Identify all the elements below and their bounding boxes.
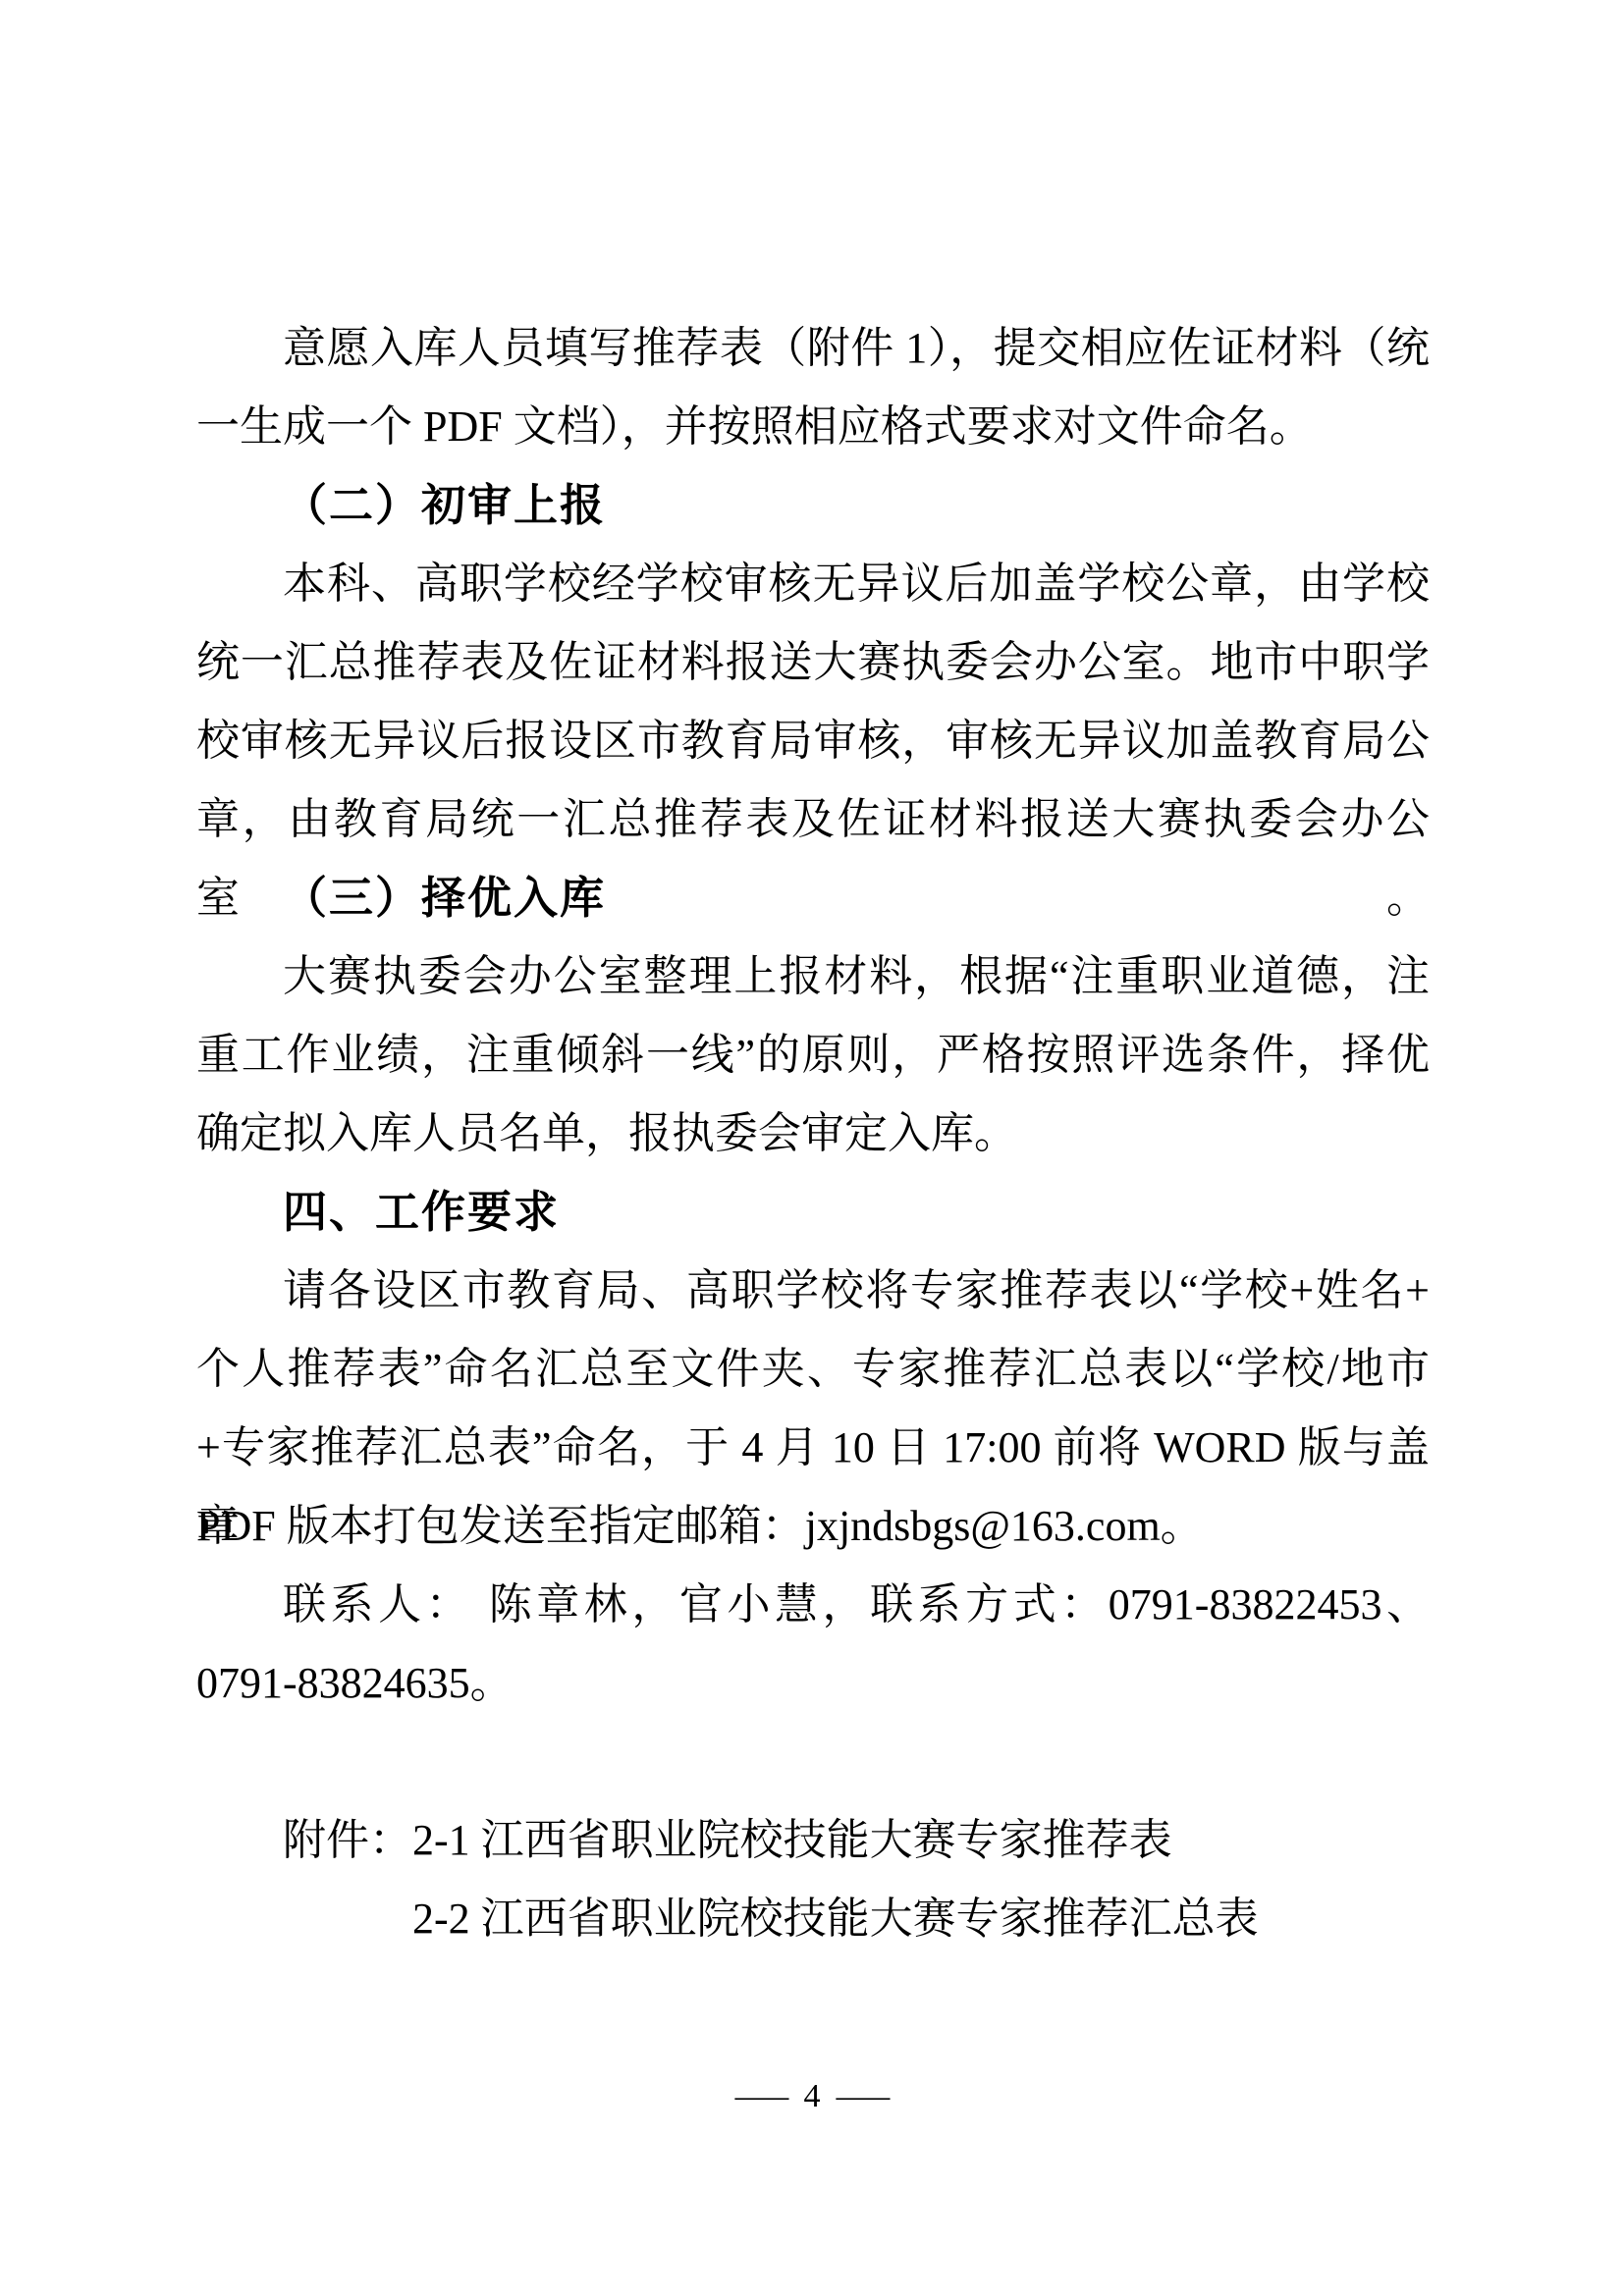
footer-dash-left: —	[734, 2067, 787, 2126]
text-line: 四、工作要求	[196, 1173, 1430, 1252]
text-line: （二）初审上报	[196, 466, 1430, 545]
text-line: 个人推荐表”命名汇总至文件夹、专家推荐汇总表以“学校/地市	[196, 1330, 1430, 1409]
text-line: 请各设区市教育局、高职学校将专家推荐表以“学校+姓名+	[196, 1252, 1430, 1330]
page-footer: —4—	[0, 2067, 1624, 2126]
text-line: +专家推荐汇总表”命名，于 4 月 10 日 17:00 前将 WORD 版与盖…	[196, 1409, 1430, 1487]
text-line: 2-2 江西省职业院校技能大赛专家推荐汇总表	[196, 1880, 1430, 1958]
text-line: PDF 版本打包发送至指定邮箱：jxjndsbgs@163.com。	[196, 1487, 1430, 1566]
page-number: 4	[804, 2067, 821, 2126]
text-line: 0791-83824635。	[196, 1644, 1430, 1723]
text-line	[196, 1723, 1430, 1801]
text-line: 重工作业绩，注重倾斜一线”的原则，严格按照评选条件，择优	[196, 1016, 1430, 1095]
text-line: 联系人： 陈章林，官小慧，联系方式：0791-83822453、	[196, 1566, 1430, 1644]
text-line: 附件：2-1 江西省职业院校技能大赛专家推荐表	[196, 1801, 1430, 1880]
text-line: 本科、高职学校经学校审核无异议后加盖学校公章，由学校	[196, 545, 1430, 623]
text-line: 统一汇总推荐表及佐证材料报送大赛执委会办公室。地市中职学	[196, 623, 1430, 702]
text-line: 一生成一个 PDF 文档），并按照相应格式要求对文件命名。	[196, 388, 1430, 466]
document-page: 意愿入库人员填写推荐表（附件 1），提交相应佐证材料（统一生成一个 PDF 文档…	[0, 0, 1624, 2296]
text-line: 意愿入库人员填写推荐表（附件 1），提交相应佐证材料（统	[196, 309, 1430, 388]
document-body: 意愿入库人员填写推荐表（附件 1），提交相应佐证材料（统一生成一个 PDF 文档…	[196, 309, 1430, 1958]
text-line: 大赛执委会办公室整理上报材料，根据“注重职业道德，注	[196, 937, 1430, 1016]
text-line: 章，由教育局统一汇总推荐表及佐证材料报送大赛执委会办公室。	[196, 780, 1430, 859]
text-line: 校审核无异议后报设区市教育局审核，审核无异议加盖教育局公	[196, 702, 1430, 780]
text-line: 确定拟入库人员名单，报执委会审定入库。	[196, 1095, 1430, 1173]
footer-dash-right: —	[836, 2067, 889, 2126]
